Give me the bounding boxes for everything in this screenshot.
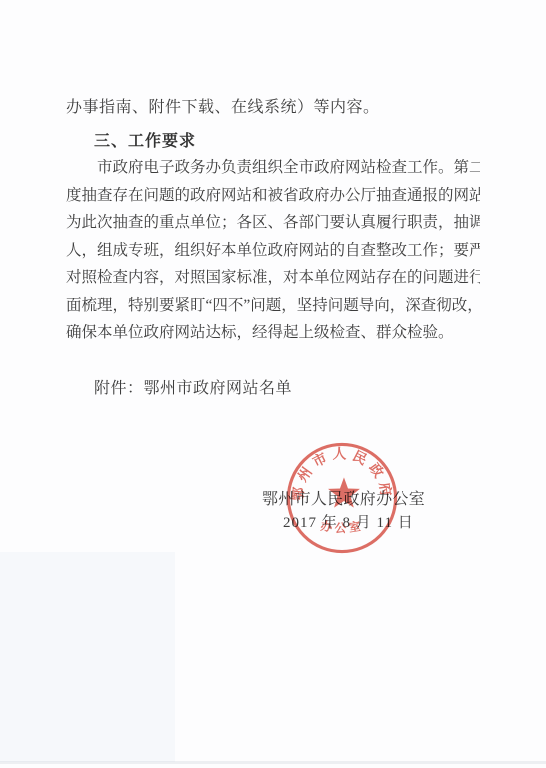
scan-edge-artifact <box>0 761 546 764</box>
attachment-line: 附件：鄂州市政府网站名单 <box>94 375 292 398</box>
section-heading: 三、工作要求 <box>94 128 196 151</box>
paragraph-line: 人，组成专班，组织好本单位政府网站的自查整改工作；要严格 <box>66 237 480 265</box>
scan-smudge-artifact <box>0 552 175 762</box>
paragraph-line: 为此次抽查的重点单位；各区、各部门要认真履行职责，抽调专 <box>66 209 480 237</box>
document-page: 办事指南、附件下载、在线系统）等内容。 三、工作要求 市政府电子政务办负责组织全… <box>0 0 546 768</box>
paragraph-line: 市政府电子政务办负责组织全市政府网站检查工作。第二季 <box>66 154 480 182</box>
paragraph-continuation-line: 办事指南、附件下载、在线系统）等内容。 <box>66 98 486 118</box>
paragraph-line: 对照检查内容，对照国家标准，对本单位网站存在的问题进行全 <box>66 264 480 292</box>
body-paragraph: 市政府电子政务办负责组织全市政府网站检查工作。第二季 度抽查存在问题的政府网站和… <box>66 154 480 347</box>
paragraph-line: 面梳理，特别要紧盯“四不”问题，坚持问题导向，深查彻改， <box>66 292 480 320</box>
signature-organization: 鄂州市人民政府办公室 <box>262 486 425 509</box>
paragraph-line: 度抽查存在问题的政府网站和被省政府办公厅抽查通报的网站 <box>66 182 480 210</box>
paragraph-line: 确保本单位政府网站达标，经得起上级检查、群众检验。 <box>66 319 480 347</box>
signature-date: 2017 年 8 月 11 日 <box>283 511 414 532</box>
